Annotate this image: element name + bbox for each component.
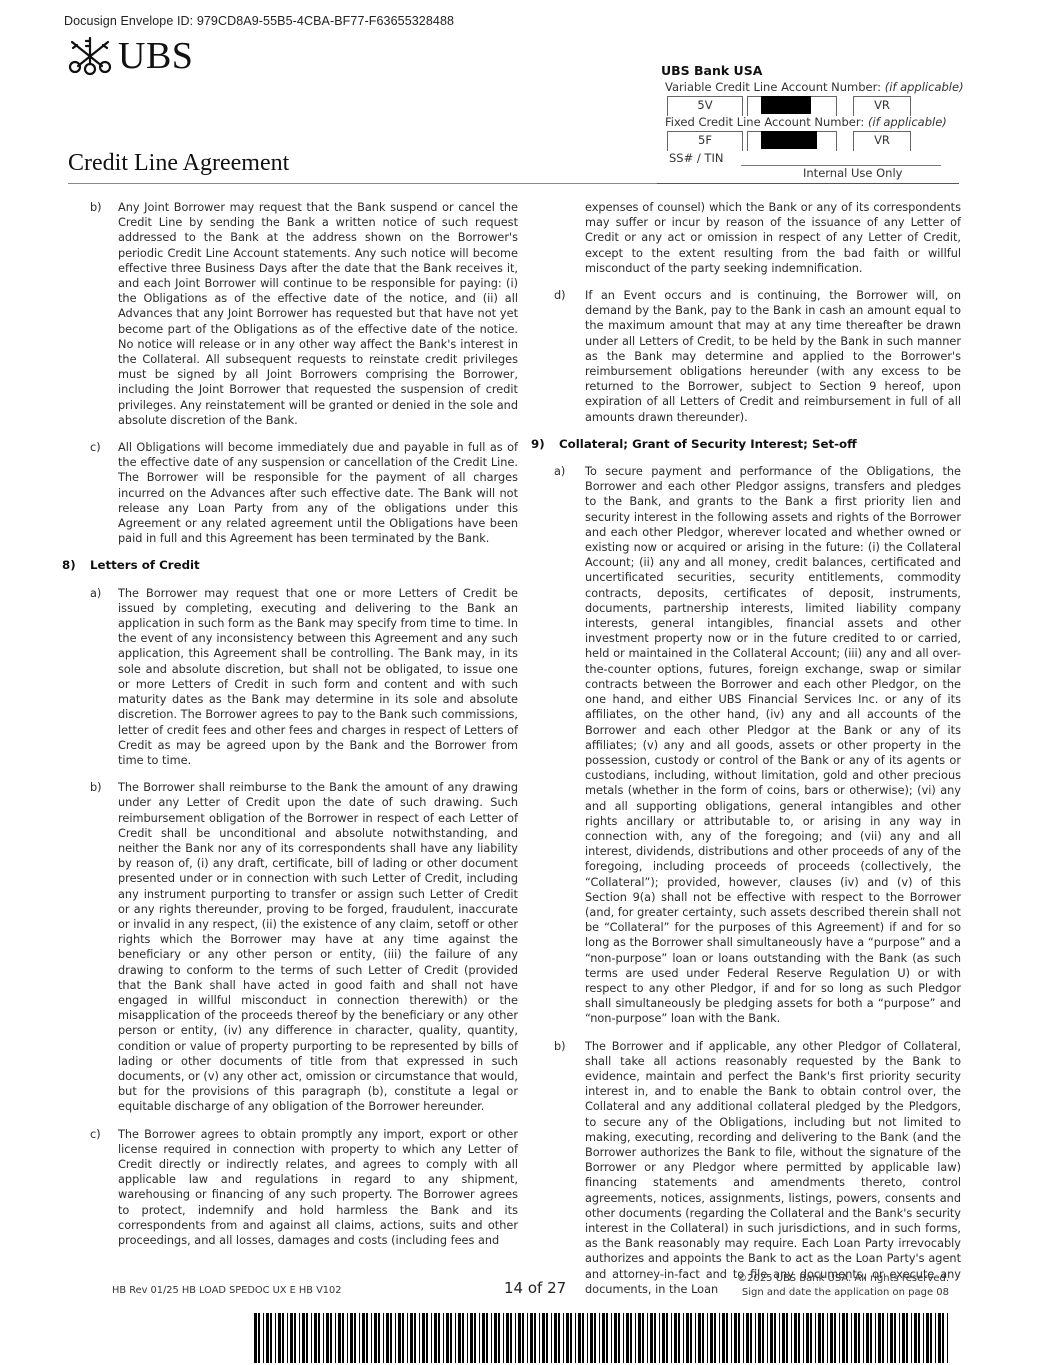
clause-text: All Obligations will become immediately … [118,441,518,545]
section-title: Letters of Credit [90,558,200,572]
docusign-envelope-id: Docusign Envelope ID: 979CD8A9-55B5-4CBA… [64,14,454,28]
clause-marker: b) [554,1039,566,1054]
sign-date-note: Sign and date the application on page 08 [737,1286,949,1300]
variable-suffix-field[interactable]: VR [853,96,911,116]
form-code: HB Rev 01/25 HB LOAD SPEDOC UX E HB V102 [112,1285,342,1296]
page-number: 14 of 27 [504,1279,566,1297]
clause-marker: c) [90,440,101,455]
clause-text: Any Joint Borrower may request that the … [118,201,518,427]
clause-marker: c) [90,1127,101,1142]
variable-prefix-field[interactable]: 5V [667,96,743,116]
ubs-logo: UBS [66,36,193,76]
clause-text: The Borrower shall reimburse to the Bank… [118,781,518,1113]
clause-marker: b) [90,780,102,795]
bank-name: UBS Bank USA [661,63,959,78]
clause-text: The Borrower agrees to obtain promptly a… [118,1128,518,1247]
clause-text: If an Event occurs and is continuing, th… [585,289,961,424]
clause-9b: b) The Borrower and if applicable, any o… [554,1039,961,1297]
footer-notice: ©2025 UBS Bank USA. All rights reserved.… [737,1272,949,1299]
clause-text: The Borrower and if applicable, any othe… [585,1040,961,1296]
clause-marker: b) [90,200,102,215]
clause-9a: a) To secure payment and performance of … [554,464,961,1027]
section-heading-8: 8) Letters of Credit [62,558,518,573]
variable-account-label: Variable Credit Line Account Number: (if… [665,80,964,94]
section-heading-9: 9) Collateral; Grant of Security Interes… [531,437,961,452]
clause-8c: c) The Borrower agrees to obtain promptl… [90,1127,518,1249]
clause-marker: d) [554,288,566,303]
redacted-block [761,131,817,149]
barcode [254,1313,950,1363]
document-title: Credit Line Agreement [68,150,289,177]
clause-text: The Borrower may request that one or mor… [118,587,518,767]
right-column: expenses of counsel) which the Bank or a… [554,200,961,1309]
fixed-prefix-field[interactable]: 5F [667,131,743,151]
clause-8a: a) The Borrower may request that one or … [90,586,518,768]
clause-7c: c) All Obligations will become immediate… [90,440,518,546]
section-number: 8) [62,558,76,573]
clause-7b: b) Any Joint Borrower may request that t… [90,200,518,428]
left-column: b) Any Joint Borrower may request that t… [90,200,518,1260]
account-box-divider [657,183,959,184]
section-number: 9) [531,437,545,452]
clause-text: To secure payment and performance of the… [585,465,961,1025]
internal-use-label: Internal Use Only [803,166,902,180]
redacted-block [761,96,811,114]
clause-marker: a) [90,586,101,601]
fixed-suffix-field[interactable]: VR [853,131,911,151]
clause-8b: b) The Borrower shall reimburse to the B… [90,780,518,1114]
ssn-tin-label: SS# / TIN [669,151,723,165]
clause-8d: d) If an Event occurs and is continuing,… [554,288,961,425]
clause-marker: a) [554,464,565,479]
clause-8c-continued: expenses of counsel) which the Bank or a… [554,200,961,276]
account-number-box: UBS Bank USA Variable Credit Line Accoun… [661,63,959,78]
section-title: Collateral; Grant of Security Interest; … [559,437,857,451]
ubs-wordmark: UBS [118,37,193,75]
three-keys-icon [66,36,114,76]
fixed-account-label: Fixed Credit Line Account Number: (if ap… [665,115,947,129]
copyright-notice: ©2025 UBS Bank USA. All rights reserved. [737,1272,949,1286]
